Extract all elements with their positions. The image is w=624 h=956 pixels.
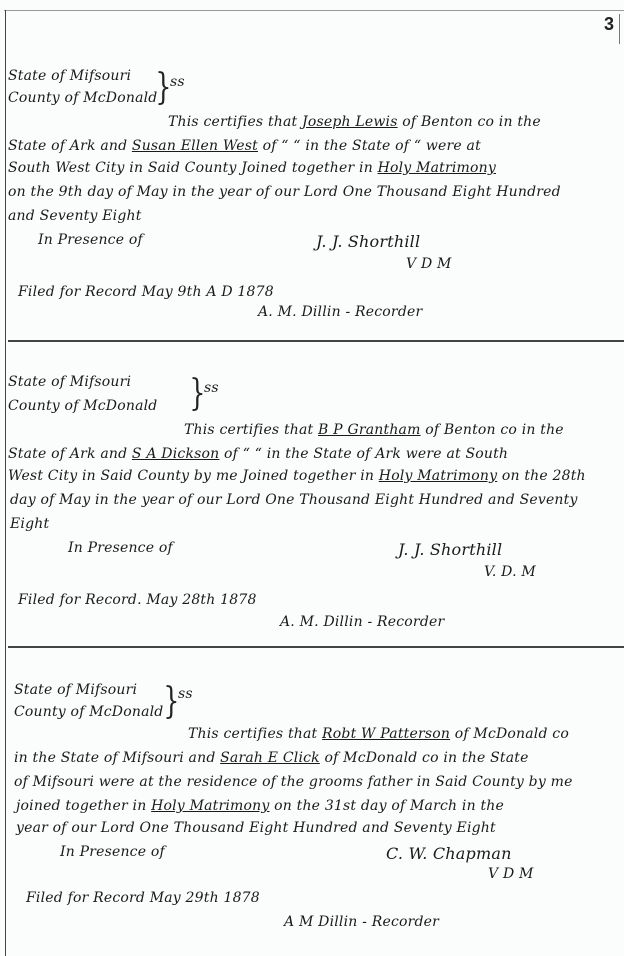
text: in the State of Mifsouri and	[14, 750, 215, 766]
certify-line-3: West City in Said County by me Joined to…	[8, 468, 586, 484]
certify-line-3: of Mifsouri were at the residence of the…	[14, 774, 573, 790]
recorder-signature: A M Dillin - Recorder	[284, 914, 439, 930]
venue-county: County of McDonald	[8, 398, 157, 414]
groom-name: Robt W Patterson	[322, 726, 450, 742]
officiant-title: V. D. M	[484, 564, 536, 580]
certify-line-5: year of our Lord One Thousand Eight Hund…	[16, 820, 496, 836]
text: State of Ark and	[8, 138, 127, 154]
right-border	[619, 14, 620, 44]
text: joined together in	[16, 798, 146, 814]
groom-name: Joseph Lewis	[302, 114, 398, 130]
record-divider	[8, 340, 624, 342]
holy-matrimony: Holy Matrimony	[378, 160, 496, 176]
certify-line-2: State of Ark and Susan Ellen West of “ “…	[8, 138, 481, 154]
officiant-signature: J. J. Shorthill	[316, 232, 420, 251]
recorder-signature: A. M. Dillin - Recorder	[258, 304, 422, 320]
bride-name: Sarah E Click	[220, 750, 320, 766]
certify-text: This certifies that	[168, 114, 297, 130]
officiant-signature: C. W. Chapman	[386, 844, 512, 863]
in-presence-of: In Presence of	[38, 232, 143, 248]
venue-ss: ss	[204, 380, 219, 396]
holy-matrimony: Holy Matrimony	[151, 798, 269, 814]
certify-text: This certifies that	[188, 726, 317, 742]
venue-ss: ss	[178, 686, 193, 702]
recorder-signature: A. M. Dillin - Recorder	[280, 614, 444, 630]
certify-line-5: Eight	[10, 516, 49, 532]
certify-line-3: South West City in Said County Joined to…	[8, 160, 496, 176]
in-presence-of: In Presence of	[60, 844, 165, 860]
page-number: 3	[604, 14, 614, 35]
certify-line-4: day of May in the year of our Lord One T…	[10, 492, 578, 508]
groom-origin: of Benton co in the	[402, 114, 541, 130]
left-margin-line	[5, 10, 6, 956]
certify-line-2: State of Ark and S A Dickson of “ “ in t…	[8, 446, 508, 462]
officiant-title: V D M	[488, 866, 534, 882]
officiant-signature: J. J. Shorthill	[398, 540, 502, 559]
in-presence-of: In Presence of	[68, 540, 173, 556]
certify-line-1: This certifies that Robt W Patterson of …	[188, 726, 569, 742]
venue-state: State of Mifsouri	[8, 374, 131, 390]
date-day: on the 31st day of March in the	[274, 798, 504, 814]
holy-matrimony: Holy Matrimony	[379, 468, 497, 484]
certify-line-2: in the State of Mifsouri and Sarah E Cli…	[14, 750, 529, 766]
ledger-page: 3 State of Mifsouri County of McDonald }…	[0, 0, 624, 956]
venue-state: State of Mifsouri	[14, 682, 137, 698]
bride-origin: of McDonald co in the State	[325, 750, 529, 766]
filed-for-record: Filed for Record May 9th A D 1878	[18, 284, 274, 300]
certify-line-1: This certifies that Joseph Lewis of Bent…	[168, 114, 541, 130]
bride-name: S A Dickson	[132, 446, 219, 462]
certify-line-5: and Seventy Eight	[8, 208, 142, 224]
venue-county: County of McDonald	[14, 704, 163, 720]
filed-for-record: Filed for Record. May 28th 1878	[18, 592, 257, 608]
certify-line-1: This certifies that B P Grantham of Bent…	[184, 422, 564, 438]
text: South West City in Said County Joined to…	[8, 160, 373, 176]
officiant-title: V D M	[406, 256, 452, 272]
filed-for-record: Filed for Record May 29th 1878	[26, 890, 260, 906]
date-day: on the 28th	[502, 468, 586, 484]
certify-text: This certifies that	[184, 422, 313, 438]
venue-ss: ss	[170, 74, 185, 90]
certify-line-4: joined together in Holy Matrimony on the…	[16, 798, 504, 814]
groom-origin: of Benton co in the	[425, 422, 564, 438]
top-border	[4, 10, 624, 11]
text: West City in Said County by me Joined to…	[8, 468, 374, 484]
bride-name: Susan Ellen West	[132, 138, 258, 154]
bride-origin: of “ “ in the State of “ were at	[263, 138, 481, 154]
text: State of Ark and	[8, 446, 127, 462]
groom-name: B P Grantham	[318, 422, 421, 438]
certify-line-4: on the 9th day of May in the year of our…	[8, 184, 561, 200]
record-divider	[8, 646, 624, 648]
venue-county: County of McDonald	[8, 90, 157, 106]
venue-state: State of Mifsouri	[8, 68, 131, 84]
bride-origin: of “ “ in the State of Ark were at South	[224, 446, 508, 462]
groom-origin: of McDonald co	[455, 726, 569, 742]
